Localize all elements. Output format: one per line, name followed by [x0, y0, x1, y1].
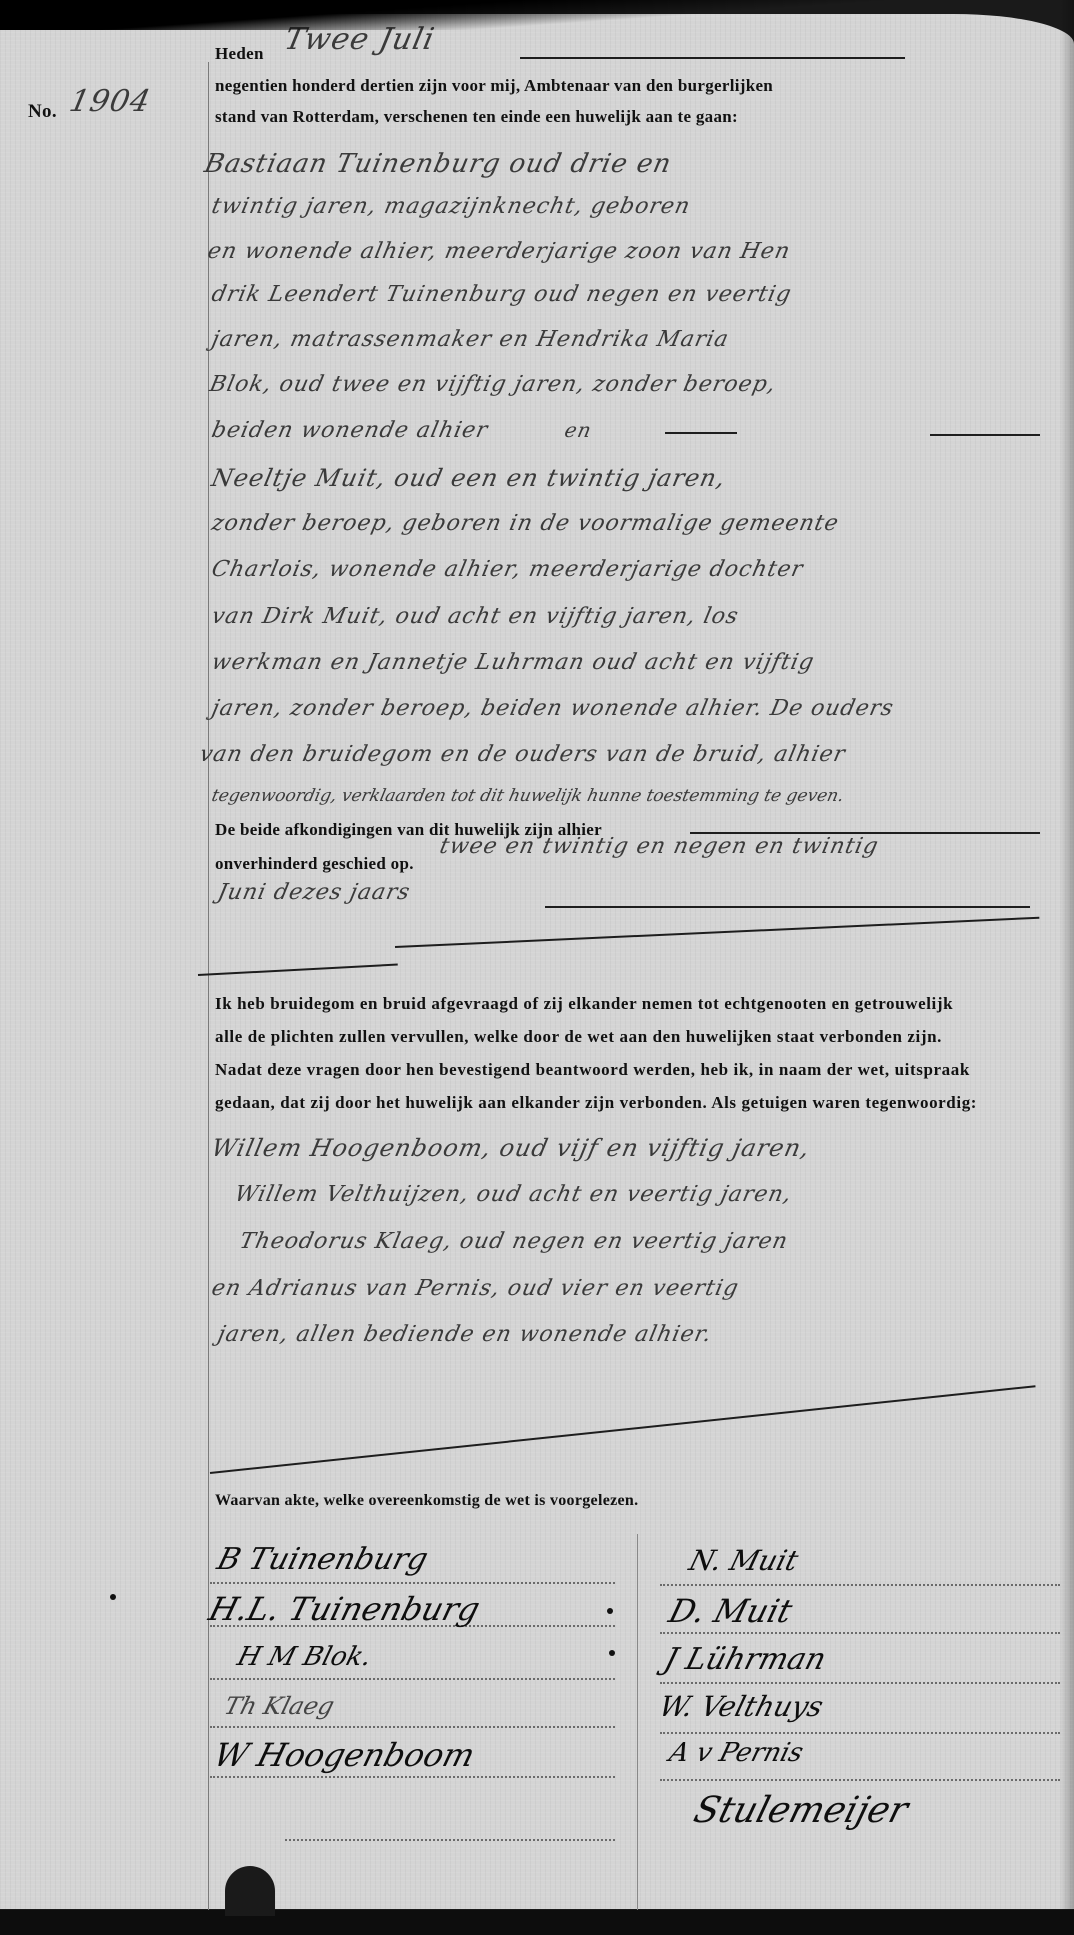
parties-line: en wonende alhier, meerderjarige zoon va…	[205, 239, 792, 264]
signature-witness: W Hoogenboom	[210, 1736, 479, 1774]
fill-rule	[545, 906, 1030, 908]
fill-rule	[930, 434, 1040, 436]
declaration-line: gedaan, dat zij door het huwelijk aan el…	[215, 1093, 977, 1113]
declaration-line: alle de plichten zullen vervullen, welke…	[215, 1027, 942, 1047]
signature-registrar: Stulemeijer	[690, 1790, 913, 1831]
proclamations-line-2-label: onverhinderd geschied op.	[215, 854, 414, 874]
signature-line	[210, 1776, 615, 1778]
date-rule	[520, 57, 905, 59]
scan-top-edge	[0, 0, 1074, 30]
parties-line: beiden wonende alhier	[209, 418, 490, 443]
parties-line: jaren, matrassenmaker en Hendrika Maria	[209, 327, 731, 352]
strike-rule	[395, 917, 1039, 948]
signature-line	[210, 1678, 615, 1680]
parties-line: drik Leendert Tuinenburg oud negen en ve…	[209, 282, 794, 307]
strike-rule	[198, 964, 398, 976]
signature-line	[210, 1582, 615, 1584]
declaration-line: Ik heb bruidegom en bruid afgevraagd of …	[215, 994, 953, 1014]
proclamations-month-handwritten: Juni dezes jaars	[215, 880, 412, 905]
signature-bride-father: D. Muit	[665, 1592, 797, 1630]
signature-witness: A v Pernis	[666, 1738, 807, 1768]
signature-bride: N. Muit	[686, 1544, 802, 1577]
scan-right-edge	[1060, 0, 1074, 1935]
scan-bottom-edge	[0, 1910, 1074, 1935]
parties-line: tegenwoordig, verklaarden tot dit huweli…	[210, 786, 846, 806]
strike-rule	[210, 1385, 1036, 1474]
signature-groom-mother: H M Blok.	[234, 1642, 375, 1672]
signature-line	[660, 1779, 1060, 1781]
signature-line	[660, 1632, 1060, 1634]
register-page: No. 1904 Heden Twee Juli negentien honde…	[0, 14, 1074, 1909]
parties-line: Blok, oud twee en vijftig jaren, zonder …	[207, 372, 778, 397]
header-line-3: stand van Rotterdam, verschenen ten eind…	[215, 107, 738, 127]
parties-line: van den bruidegom en de ouders van de br…	[197, 742, 848, 767]
signature-witness: Th Klaeg	[221, 1692, 337, 1720]
signature-line	[660, 1682, 1060, 1684]
ink-mark	[110, 1594, 116, 1600]
witness-line: en Adrianus van Pernis, oud vier en veer…	[209, 1276, 741, 1301]
margin-line	[208, 62, 209, 1922]
witness-line: jaren, allen bediende en wonende alhier.	[215, 1322, 714, 1347]
record-number-label: No.	[28, 101, 57, 123]
ink-mark	[609, 1650, 615, 1656]
signature-line	[285, 1839, 615, 1841]
witness-line: Willem Velthuijzen, oud acht en veertig …	[232, 1182, 794, 1207]
parties-line: zonder beroep, geboren in de voormalige …	[209, 511, 841, 536]
proclamations-dates-handwritten: twee en twintig en negen en twintig	[437, 834, 881, 859]
signature-column-divider	[637, 1534, 638, 1924]
fill-rule	[665, 432, 737, 434]
witness-line: Theodorus Klaeg, oud negen en veertig ja…	[237, 1229, 790, 1254]
signature-line	[660, 1584, 1060, 1586]
signature-groom-father: H.L. Tuinenburg	[205, 1590, 484, 1628]
declaration-line: Nadat deze vragen door hen bevestigend b…	[215, 1060, 970, 1080]
signature-witness: W. Velthuys	[656, 1690, 827, 1723]
parties-line: Bastiaan Tuinenburg oud drie en	[202, 149, 675, 179]
ink-mark	[607, 1608, 613, 1614]
witness-line: Willem Hoogenboom, oud vijf en vijftig j…	[209, 1134, 813, 1162]
parties-line: jaren, zonder beroep, beiden wonende alh…	[209, 696, 896, 721]
parties-line: twintig jaren, magazijnknecht, geboren	[209, 194, 693, 219]
parties-line: van Dirk Muit, oud acht en vijftig jaren…	[209, 604, 741, 629]
heden-label: Heden	[215, 44, 264, 64]
record-number-value: 1904	[66, 84, 154, 119]
parties-line: Neeltje Muit, oud een en twintig jaren,	[209, 464, 728, 492]
signature-line	[660, 1732, 1060, 1734]
scan-clip-shadow	[225, 1866, 275, 1916]
signature-line	[210, 1726, 615, 1728]
signature-bride-mother: J Lührman	[660, 1642, 830, 1677]
header-line-2: negentien honderd dertien zijn voor mij,…	[215, 76, 773, 96]
parties-line: Charlois, wonende alhier, meerderjarige …	[209, 557, 805, 582]
closing-statement: Waarvan akte, welke overeenkomstig de we…	[215, 1492, 638, 1510]
parties-line: werkman en Jannetje Luhrman oud acht en …	[209, 650, 816, 675]
signature-groom: B Tuinenburg	[213, 1542, 431, 1577]
parties-en: en	[562, 418, 594, 442]
